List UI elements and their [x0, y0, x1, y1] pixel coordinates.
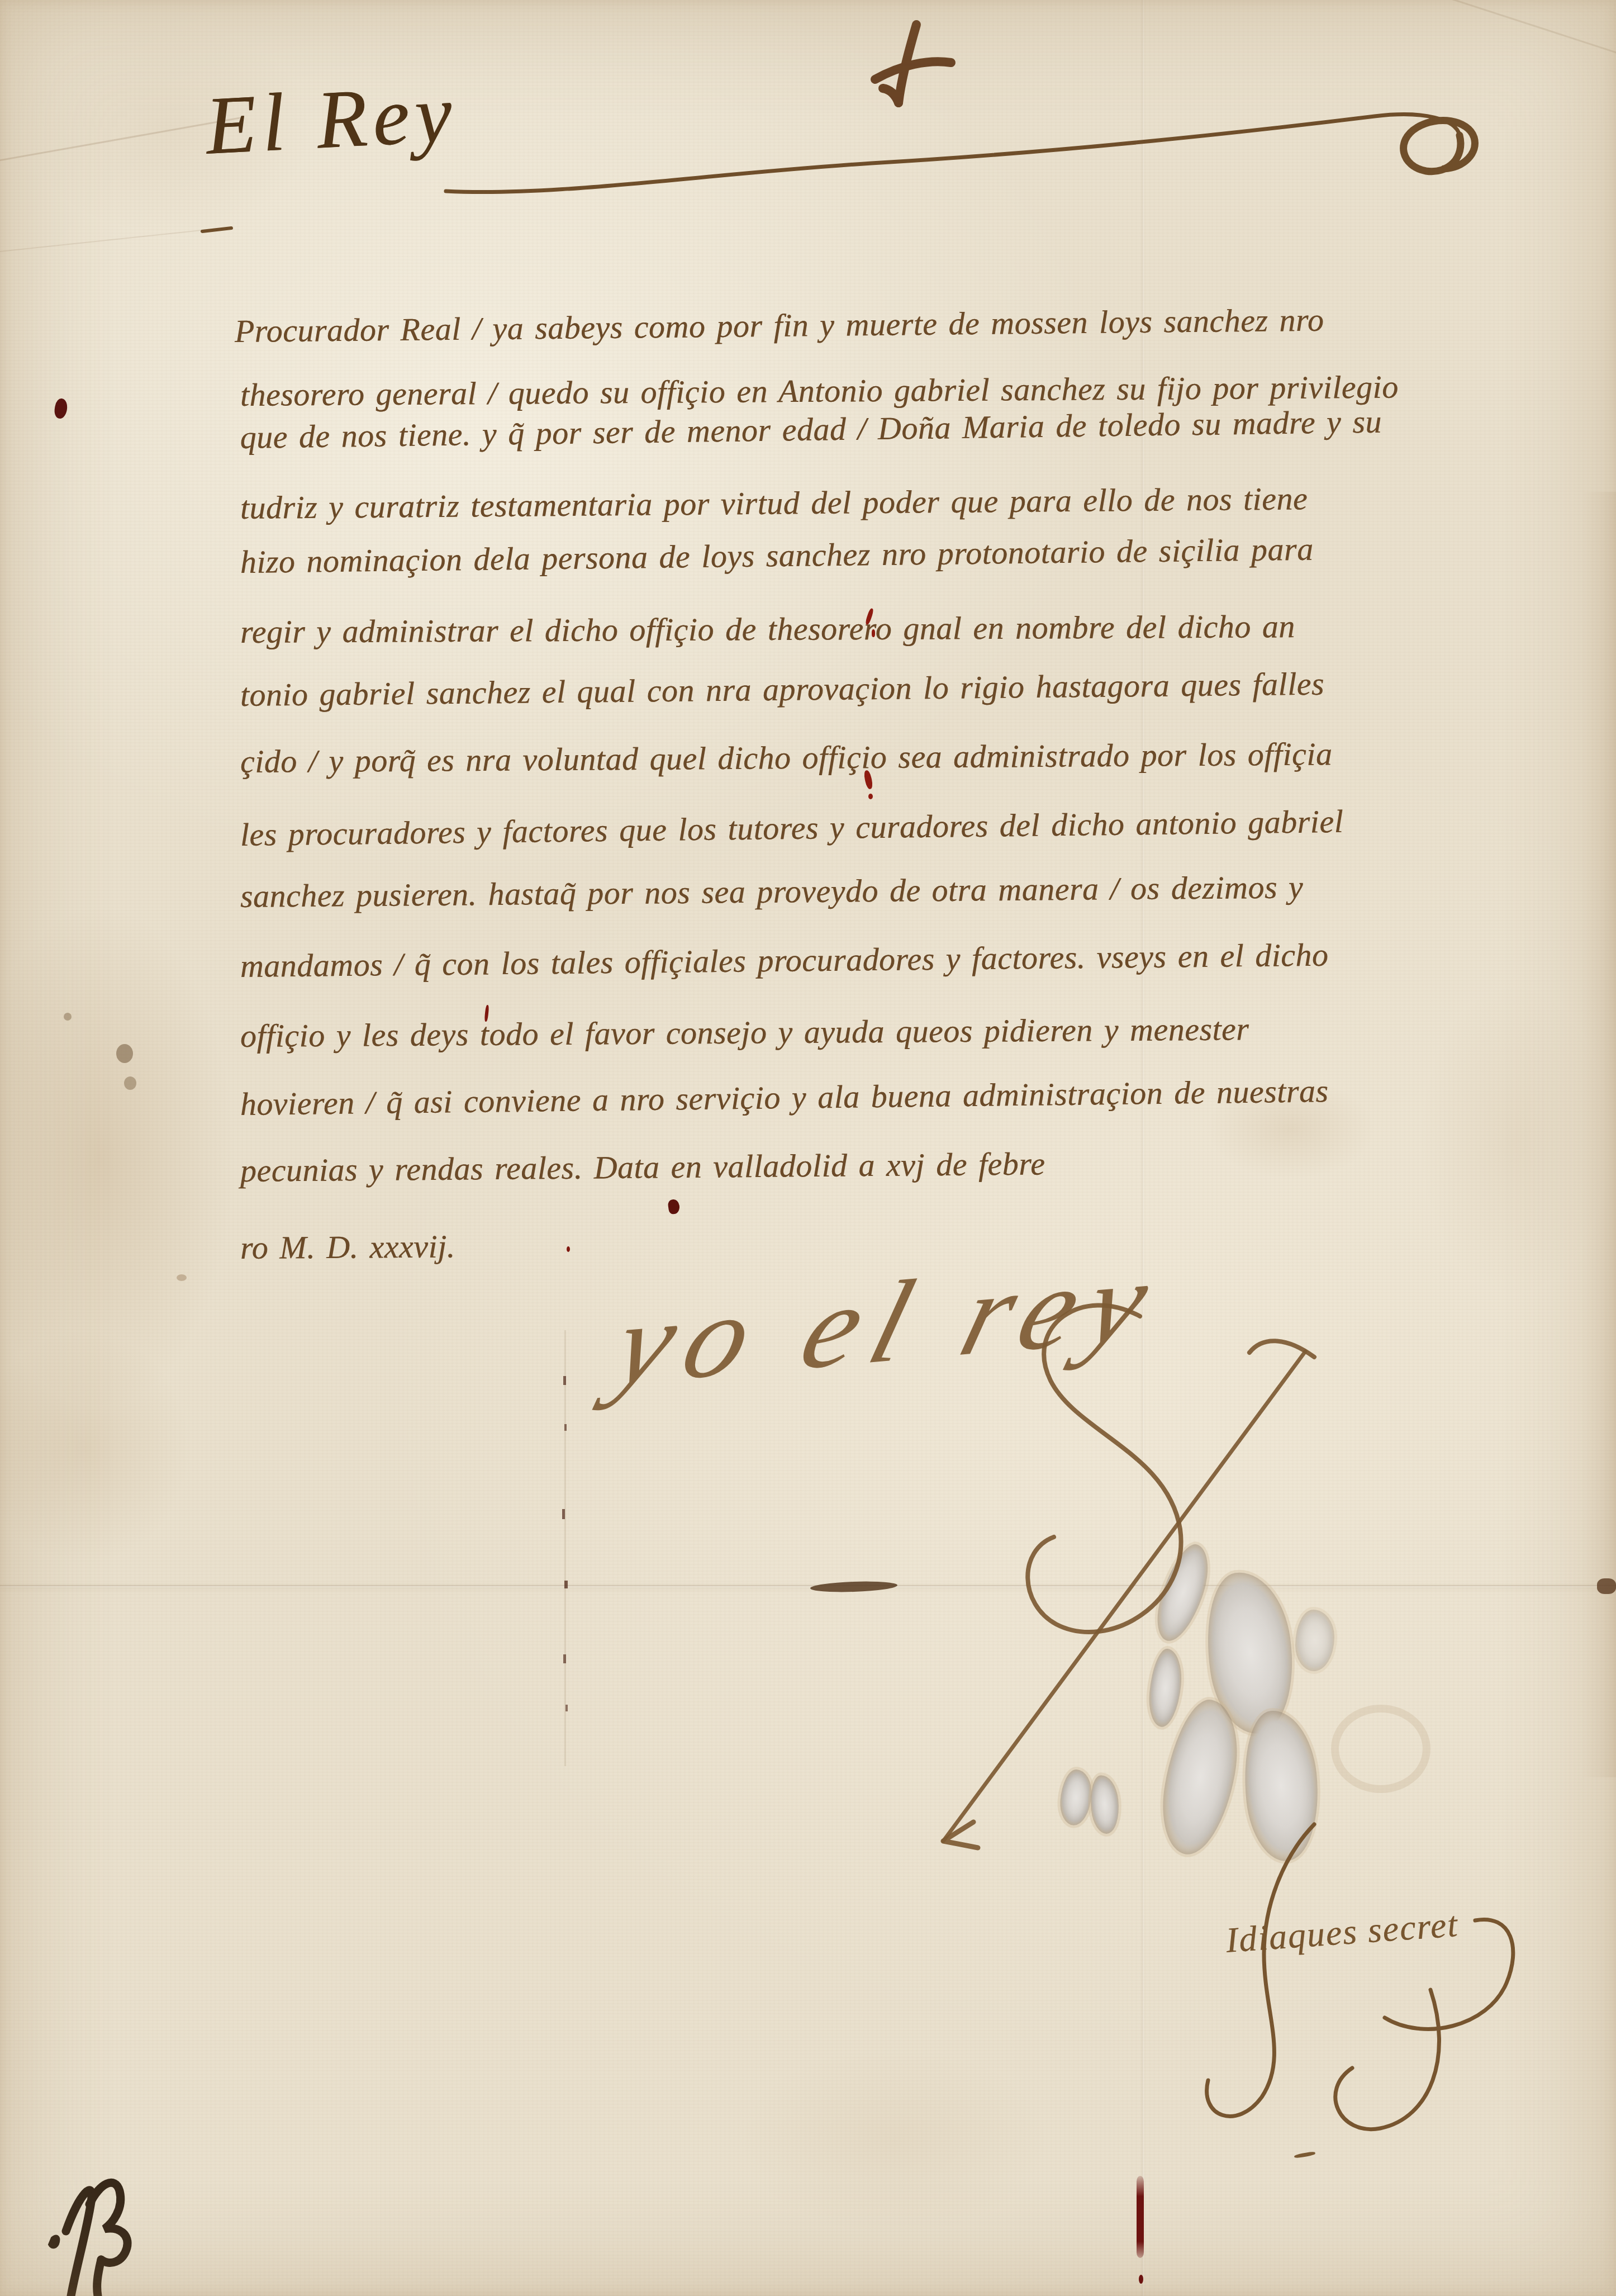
manuscript-line-14: pecunias y rendas reales. Data en vallad…: [240, 1147, 1045, 1187]
manuscript-line-10: sanchez pusieren. hastaq̃ por nos sea pr…: [240, 871, 1303, 913]
invocation-cross-icon: [875, 25, 951, 103]
pen-rest-mark: [202, 228, 231, 231]
ink-blot: [810, 1580, 898, 1593]
document-heading: El Rey: [203, 72, 459, 168]
manuscript-line-6: regir y administrar el dicho offiçio de …: [240, 610, 1295, 648]
secretary-flourish: [1207, 1824, 1513, 2129]
manuscript-line-15: ro M. D. xxxvij.: [240, 1230, 455, 1264]
flourish-knot-icon: [1404, 121, 1475, 172]
notarial-mark-icon: [49, 2183, 127, 2296]
manuscript-page: El Rey Procurador Real / ya sabeys como …: [0, 0, 1616, 2296]
manuscript-line-4: tudriz y curatriz testamentaria por virt…: [240, 482, 1308, 524]
royal-paraph: [943, 1305, 1314, 1848]
manuscript-line-8: çido / y porq̃ es nra voluntad quel dich…: [240, 738, 1333, 778]
manuscript-line-12: offiçio y les deys todo el favor consejo…: [240, 1013, 1249, 1052]
header-flourish: [446, 115, 1475, 192]
